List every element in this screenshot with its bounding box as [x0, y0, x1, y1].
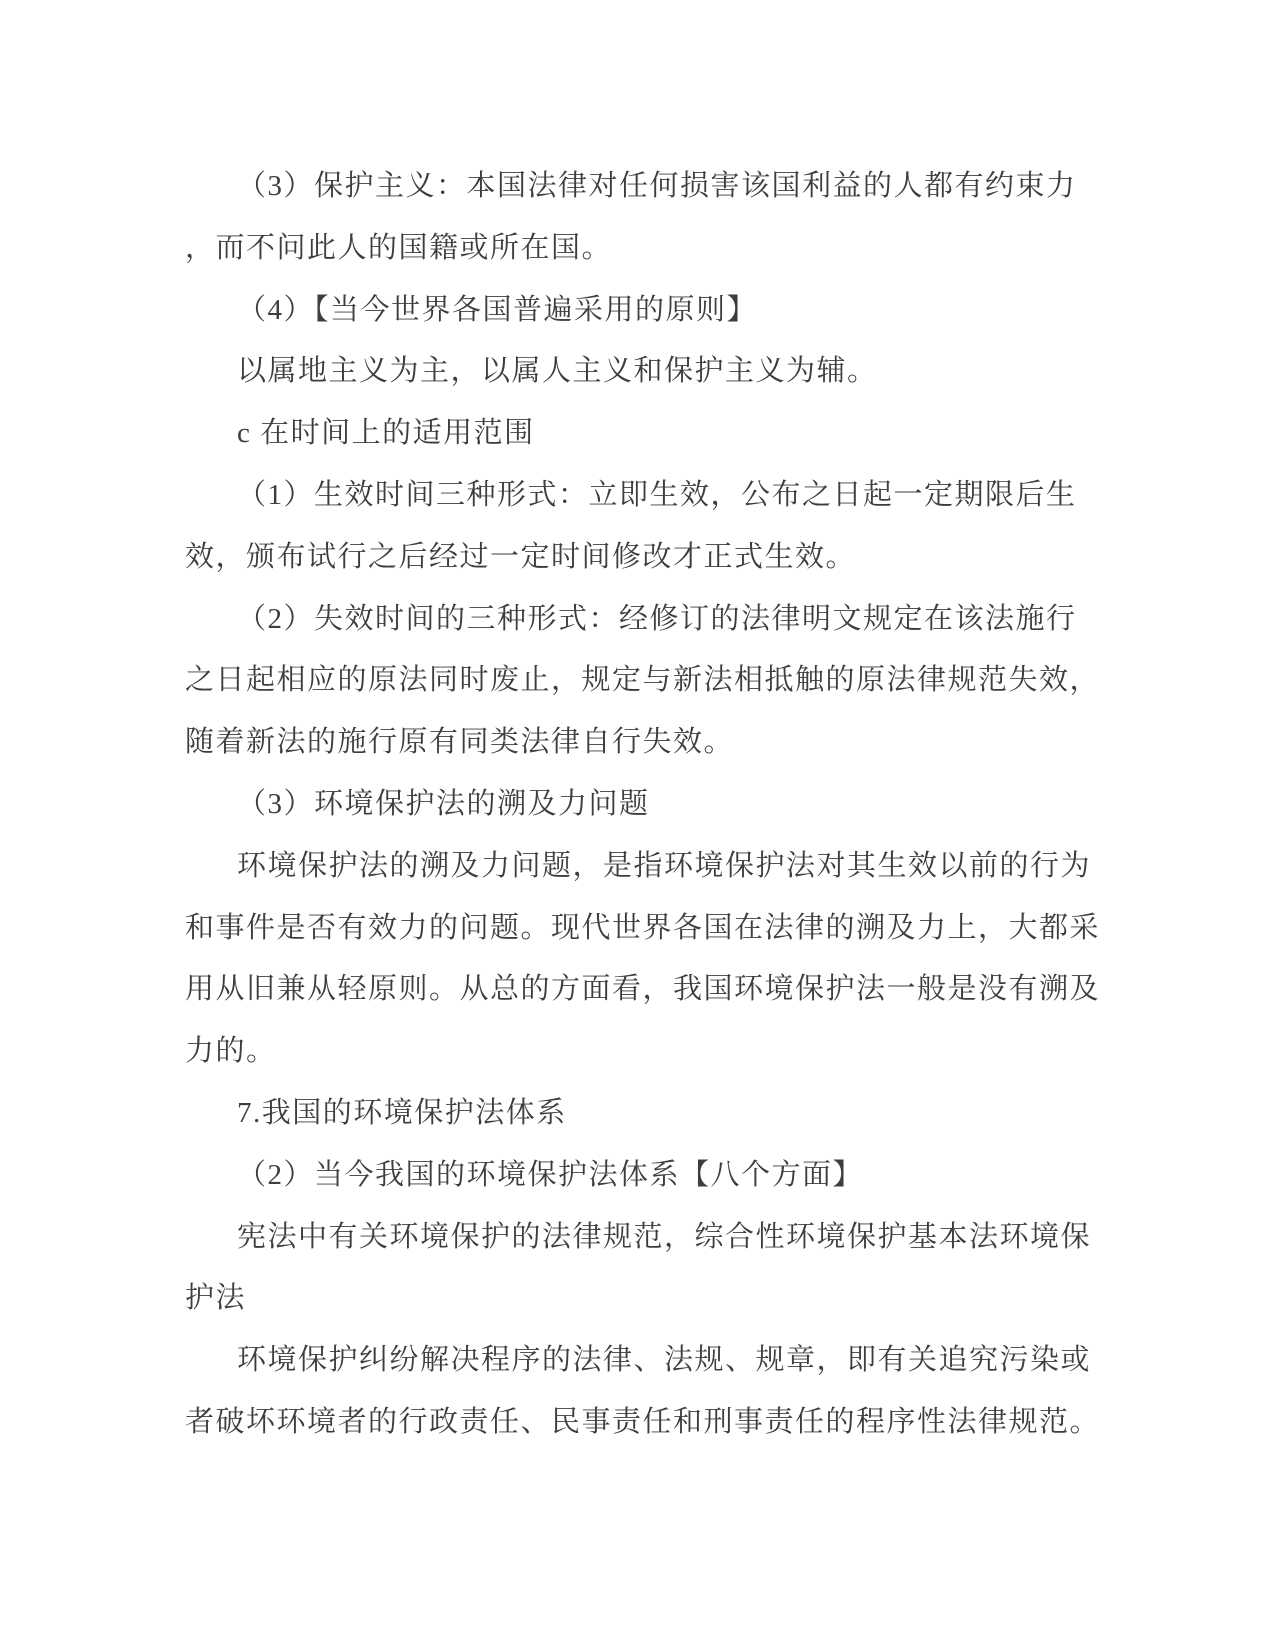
text-line: 用从旧兼从轻原则。从总的方面看，我国环境保护法一般是没有溯及 — [185, 959, 1047, 1021]
text-line: 宪法中有关环境保护的法律规范，综合性环境保护基本法环境保 — [185, 1207, 1047, 1269]
text-line: （4）【当今世界各国普遍采用的原则】 — [185, 280, 1047, 342]
text-line: （2）失效时间的三种形式：经修订的法律明文规定在该法施行 — [185, 589, 1047, 651]
text-line: ，而不问此人的国籍或所在国。 — [185, 218, 1047, 280]
text-line: 随着新法的施行原有同类法律自行失效。 — [185, 712, 1047, 774]
text-block: （3）保护主义：本国法律对任何损害该国利益的人都有约束力，而不问此人的国籍或所在… — [185, 156, 1047, 1454]
text-line: 者破坏环境者的行政责任、民事责任和刑事责任的程序性法律规范。 — [185, 1392, 1047, 1454]
text-line: 和事件是否有效力的问题。现代世界各国在法律的溯及力上，大都采 — [185, 898, 1047, 960]
text-line: （2）当今我国的环境保护法体系【八个方面】 — [185, 1145, 1047, 1207]
text-line: 以属地主义为主，以属人主义和保护主义为辅。 — [185, 341, 1047, 403]
text-line: 环境保护法的溯及力问题，是指环境保护法对其生效以前的行为 — [185, 836, 1047, 898]
text-line: （1）生效时间三种形式：立即生效，公布之日起一定期限后生 — [185, 465, 1047, 527]
text-line: 之日起相应的原法同时废止，规定与新法相抵触的原法律规范失效， — [185, 650, 1047, 712]
text-line: 7.我国的环境保护法体系 — [185, 1083, 1047, 1145]
text-line: （3）保护主义：本国法律对任何损害该国利益的人都有约束力 — [185, 156, 1047, 218]
text-line: 护法 — [185, 1268, 1047, 1330]
text-line: 力的。 — [185, 1021, 1047, 1083]
text-line: （3）环境保护法的溯及力问题 — [185, 774, 1047, 836]
text-line: c 在时间上的适用范围 — [185, 403, 1047, 465]
text-line: 效，颁布试行之后经过一定时间修改才正式生效。 — [185, 527, 1047, 589]
text-line: 环境保护纠纷解决程序的法律、法规、规章，即有关追究污染或 — [185, 1330, 1047, 1392]
document-page: （3）保护主义：本国法律对任何损害该国利益的人都有约束力，而不问此人的国籍或所在… — [0, 0, 1275, 1650]
